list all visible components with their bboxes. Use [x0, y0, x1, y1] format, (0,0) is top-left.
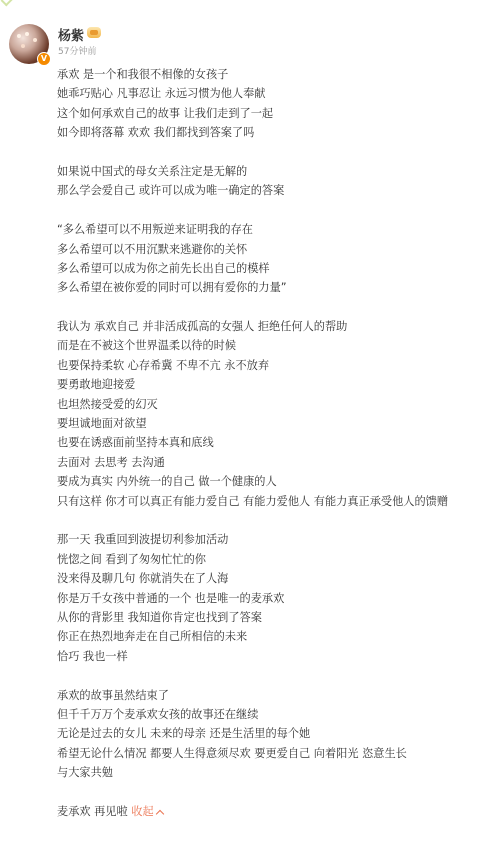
text-line: 多么希望可以不用沉默来逃避你的关怀 [57, 240, 487, 259]
text-line: 你正在热烈地奔走在自己所相信的未来 [57, 627, 487, 646]
text-line: 多么希望可以成为你之前先长出自己的模样 [57, 259, 487, 278]
text-line: 那么学会爱自己 或许可以成为唯一确定的答案 [57, 181, 487, 200]
text-line: 我认为 承欢自己 并非活成孤高的女强人 拒绝任何人的帮助 [57, 317, 487, 336]
verified-badge-icon: V [37, 52, 51, 66]
text-line: 要成为真实 内外统一的自己 做一个健康的人 [57, 472, 487, 491]
text-line: 只有这样 你才可以真正有能力爱自己 有能力爱他人 有能力真正承受他人的馈赠 [57, 492, 487, 511]
final-line: 麦承欢 再见啦 收起 [57, 802, 487, 821]
text-line: 与大家共勉 [57, 763, 487, 782]
text-line: 这个如何承欢自己的故事 让我们走到了一起 [57, 104, 487, 123]
text-line: 承欢 是一个和我很不相像的女孩子 [57, 65, 487, 84]
avatar[interactable]: V [9, 24, 49, 64]
post-body: 承欢 是一个和我很不相像的女孩子 她乖巧贴心 凡事忍让 永远习惯为他人奉献 这个… [57, 65, 487, 821]
final-text: 麦承欢 再见啦 [57, 805, 128, 818]
top-status-strip [0, 0, 493, 8]
text-line: 而是在不被这个世界温柔以待的时候 [57, 336, 487, 355]
text-line: 如今即将落幕 欢欢 我们都找到答案了吗 [57, 123, 487, 142]
text-line: 恰巧 我也一样 [57, 647, 487, 666]
check-icon [1, 0, 14, 6]
text-line: 去面对 去思考 去沟通 [57, 453, 487, 472]
spacer [57, 511, 487, 530]
text-line: 也要在诱惑面前坚持本真和底线 [57, 433, 487, 452]
text-line: 要坦诚地面对欲望 [57, 414, 487, 433]
spacer [57, 298, 487, 317]
collapse-button[interactable]: 收起 [131, 805, 162, 818]
author-name[interactable]: 杨紫 [58, 25, 84, 44]
text-line: 多么希望在被你爱的同时可以拥有爱你的力量” [57, 278, 487, 297]
text-line: 没来得及聊几句 你就消失在了人海 [57, 569, 487, 588]
text-line: 你是万千女孩中普通的一个 也是唯一的麦承欢 [57, 589, 487, 608]
text-line: 那一天 我重回到波提切利参加活动 [57, 530, 487, 549]
spacer [57, 666, 487, 685]
text-line: 但千千万万个麦承欢女孩的故事还在继续 [57, 705, 487, 724]
chevron-up-icon [155, 810, 163, 818]
text-line: 希望无论什么情况 都要人生得意须尽欢 要更爱自己 向着阳光 恣意生长 [57, 744, 487, 763]
text-line: 承欢的故事虽然结束了 [57, 686, 487, 705]
crown-icon [87, 27, 101, 38]
text-line: 无论是过去的女儿 未来的母亲 还是生活里的每个她 [57, 724, 487, 743]
spacer [57, 782, 487, 801]
spacer [57, 143, 487, 162]
text-line: 也坦然接受爱的幻灭 [57, 395, 487, 414]
text-line: 也要保持柔软 心存希冀 不卑不亢 永不放弃 [57, 356, 487, 375]
text-line: 要勇敢地迎接爱 [57, 375, 487, 394]
text-line: 她乖巧贴心 凡事忍让 永远习惯为他人奉献 [57, 84, 487, 103]
collapse-label: 收起 [131, 805, 153, 818]
text-line: 恍惚之间 看到了匆匆忙忙的你 [57, 550, 487, 569]
post-time[interactable]: 57分钟前 [58, 44, 96, 57]
text-line: 如果说中国式的母女关系注定是无解的 [57, 162, 487, 181]
text-line: 从你的背影里 我知道你肯定也找到了答案 [57, 608, 487, 627]
text-line: “多么希望可以不用叛逆来证明我的存在 [57, 220, 487, 239]
spacer [57, 201, 487, 220]
